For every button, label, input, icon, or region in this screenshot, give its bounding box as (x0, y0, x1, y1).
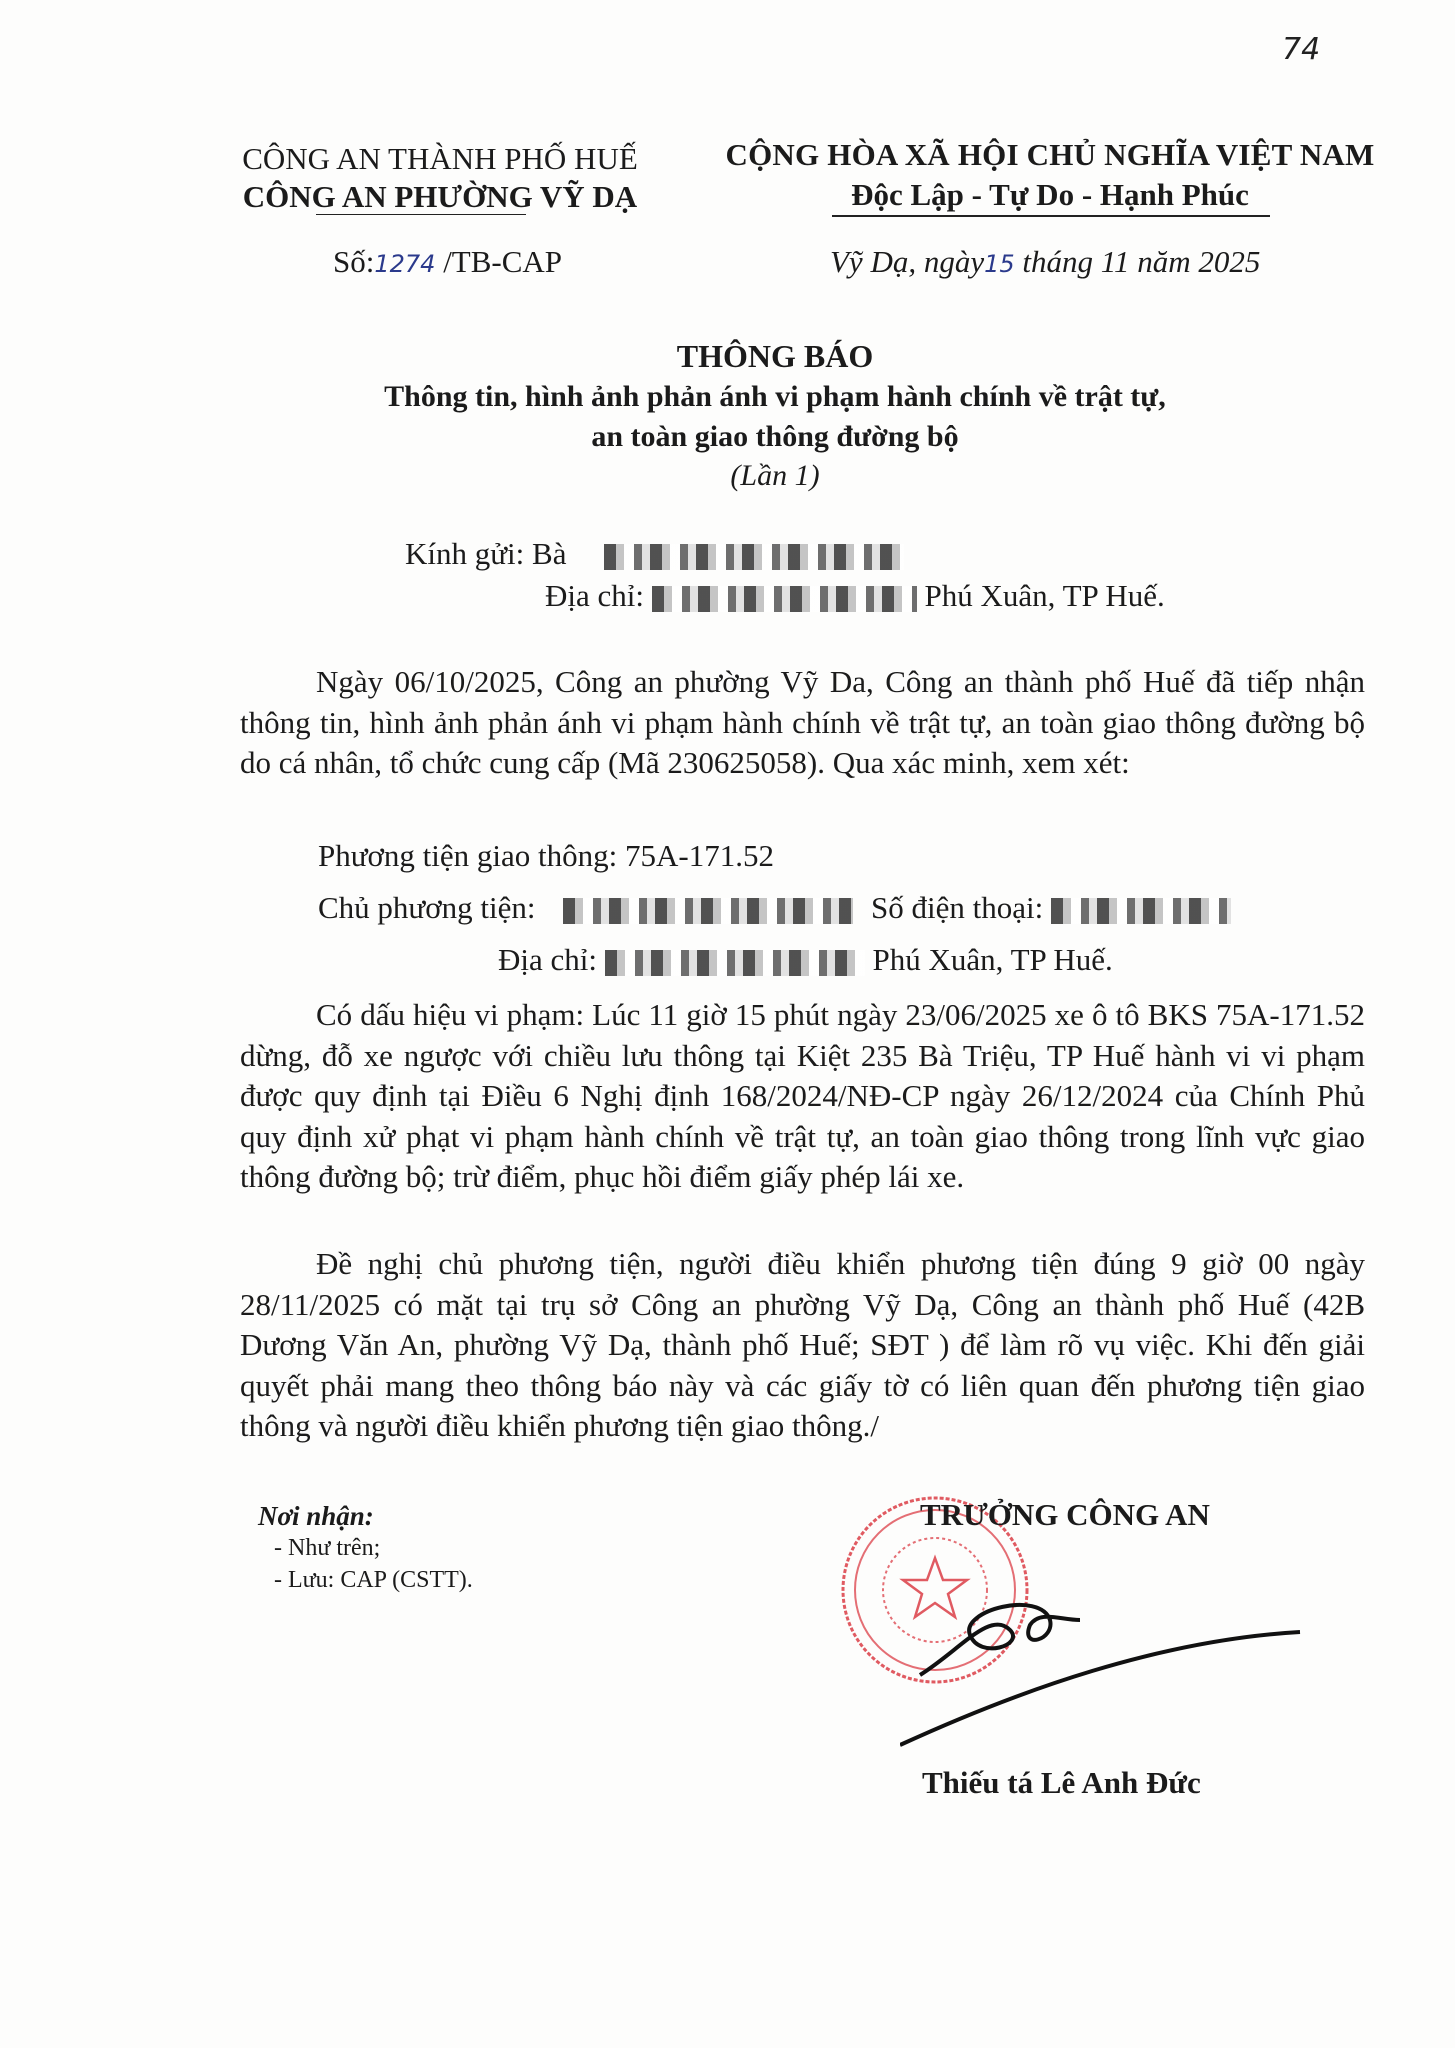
date-prefix: Vỹ Dạ, ngày (830, 244, 984, 279)
recipients-heading: Nơi nhận: (258, 1500, 473, 1532)
signatory-name: Thiếu tá Lê Anh Đức (922, 1765, 1201, 1801)
title-subtitle-1: Thông tin, hình ảnh phản ánh vi phạm hàn… (300, 377, 1250, 417)
redacted-phone (1051, 898, 1231, 924)
title-heading: THÔNG BÁO (300, 335, 1250, 377)
issuing-agency-header: CÔNG AN THÀNH PHỐ HUẾ CÔNG AN PHƯỜNG VỸ … (215, 140, 665, 216)
redacted-address (652, 586, 917, 612)
redacted-owner-address (605, 950, 865, 976)
recipient-item: - Lưu: CAP (CSTT). (258, 1564, 473, 1596)
parent-agency: CÔNG AN THÀNH PHỐ HUẾ (215, 140, 665, 178)
salutation: Kính gửi: Bà (405, 536, 566, 571)
paragraph-violation: Có dấu hiệu vi phạm: Lúc 11 giờ 15 phút … (240, 995, 1365, 1198)
owner-line: Chủ phương tiện: Số điện thoại: (318, 888, 1231, 928)
country-name: CỘNG HÒA XÃ HỘI CHỦ NGHĨA VIỆT NAM (700, 135, 1400, 175)
paragraph-text: Đề nghị chủ phương tiện, người điều khiể… (240, 1246, 1365, 1443)
page-number: 74 (1282, 32, 1320, 67)
owner-address-line: Địa chỉ: Phú Xuân, TP Huế. (498, 940, 1113, 980)
recipients-list: Nơi nhận: - Như trên; - Lưu: CAP (CSTT). (258, 1500, 473, 1596)
signatory-title: TRƯỞNG CÔNG AN (920, 1497, 1210, 1533)
redacted-name (604, 544, 904, 570)
title-subtitle-2: an toàn giao thông đường bộ (300, 417, 1250, 457)
paragraph-request: Đề nghị chủ phương tiện, người điều khiể… (240, 1244, 1365, 1447)
number-label: Số: (333, 244, 374, 279)
phone-label: Số điện thoại: (871, 890, 1043, 925)
address-label: Địa chỉ: (545, 578, 644, 613)
document-number: Số:1274 /TB-CAP (333, 244, 562, 280)
document-date: Vỹ Dạ, ngày15 tháng 11 năm 2025 (830, 244, 1260, 280)
paragraph-intro: Ngày 06/10/2025, Công an phường Vỹ Da, C… (240, 662, 1365, 784)
signature-icon (900, 1580, 1320, 1770)
owner-address-suffix: Phú Xuân, TP Huế. (873, 942, 1113, 977)
divider (832, 215, 1270, 217)
paragraph-text: Ngày 06/10/2025, Công an phường Vỹ Da, C… (240, 664, 1365, 780)
divider (316, 214, 526, 215)
number-suffix: /TB-CAP (443, 244, 562, 279)
vehicle-line: Phương tiện giao thông: 75A-171.52 (318, 836, 774, 876)
title-iteration: (Lần 1) (300, 457, 1250, 495)
recipient-item: - Như trên; (258, 1532, 473, 1564)
address-suffix: Phú Xuân, TP Huế. (925, 578, 1165, 613)
recipient-block: Kính gửi: Bà Địa chỉ: Phú Xuân, TP Huế. (405, 533, 1165, 617)
issuing-unit: CÔNG AN PHƯỜNG VỸ DẠ (215, 178, 665, 216)
handwritten-day: 15 (984, 250, 1015, 278)
paragraph-text: Có dấu hiệu vi phạm: Lúc 11 giờ 15 phút … (240, 997, 1365, 1194)
date-suffix: tháng 11 năm 2025 (1022, 244, 1260, 279)
redacted-owner (563, 898, 853, 924)
document-title: THÔNG BÁO Thông tin, hình ảnh phản ánh v… (300, 335, 1250, 495)
national-motto: Độc Lập - Tự Do - Hạnh Phúc (700, 175, 1400, 215)
owner-address-label: Địa chỉ: (498, 942, 597, 977)
handwritten-number: 1274 (374, 250, 435, 278)
national-header: CỘNG HÒA XÃ HỘI CHỦ NGHĨA VIỆT NAM Độc L… (700, 135, 1400, 215)
owner-label: Chủ phương tiện: (318, 890, 535, 925)
